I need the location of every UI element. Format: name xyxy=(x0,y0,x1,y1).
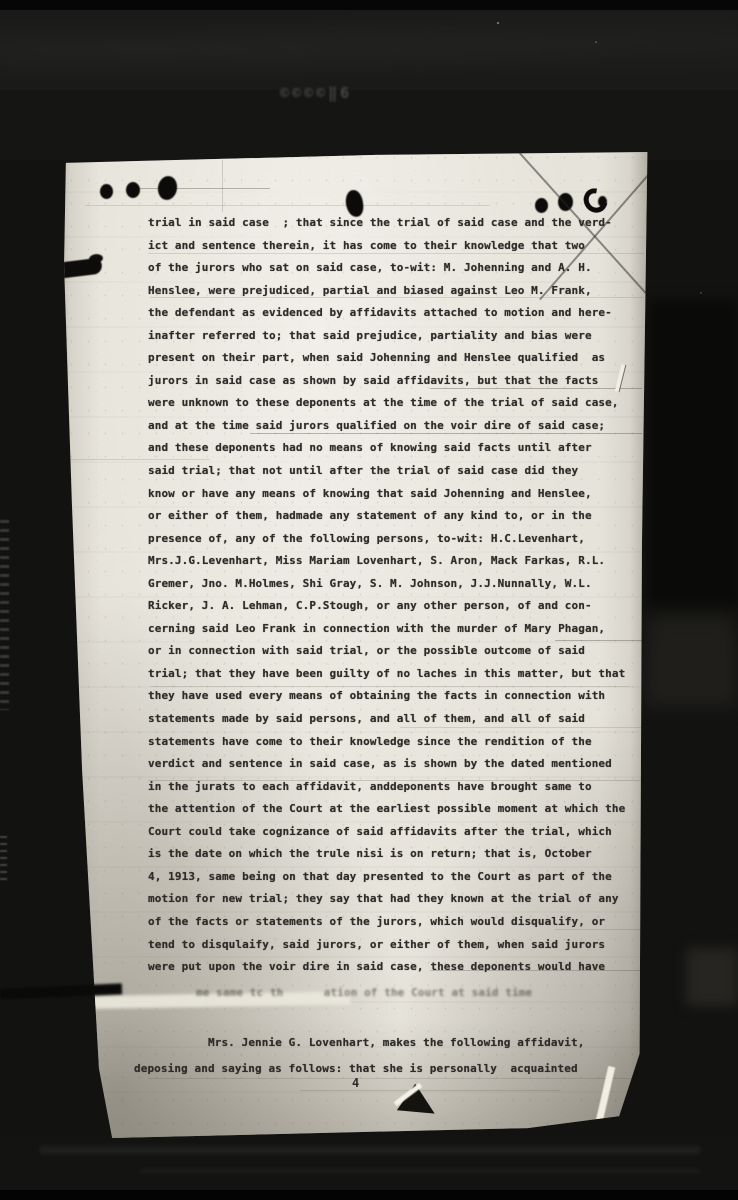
text-line: trial in said case ; that since the tria… xyxy=(148,212,648,235)
ghost-text-artifact xyxy=(40,1146,700,1154)
typewritten-body: trial in said case ; that since the tria… xyxy=(148,212,648,979)
text-line: and at the time said jurors qualified on… xyxy=(148,415,648,438)
background-band xyxy=(0,10,738,90)
text-line: the defendant as evidenced by affidavits… xyxy=(148,302,648,325)
ink-blot xyxy=(156,175,179,202)
text-line: or either of them, hadmade any statement… xyxy=(148,505,648,528)
ink-blot xyxy=(535,198,548,213)
text-line: present on their part, when said Johenni… xyxy=(148,347,648,370)
text-line: know or have any means of knowing that s… xyxy=(148,483,648,506)
scan-artifact-line xyxy=(85,205,490,206)
text-line: of the facts or statements of the jurors… xyxy=(148,911,648,934)
photo-border-bottom xyxy=(0,1190,738,1200)
background-blotch xyxy=(645,612,738,707)
text-line: Mrs.J.G.Levenhart, Miss Mariam Lovenhart… xyxy=(148,550,648,573)
text-line: motion for new trial; they say that had … xyxy=(148,888,648,911)
text-line: in the jurats to each affidavit, anddepo… xyxy=(148,776,648,799)
text-line: statements made by said persons, and all… xyxy=(148,708,648,731)
text-line: jurors in said case as shown by said aff… xyxy=(148,370,648,393)
text-line: 4, 1913, same being on that day presente… xyxy=(148,866,648,889)
text-line: trial; that they have been guilty of no … xyxy=(148,663,648,686)
margin-writing-artifact xyxy=(0,520,9,710)
smudged-text-line: me same tc th ation of the Court at said… xyxy=(196,986,532,999)
ink-blot xyxy=(126,182,140,198)
page-number: 4 xyxy=(352,1076,359,1090)
scan-artifact-line xyxy=(130,188,270,189)
closing-paragraph: Mrs. Jennie G. Lovenhart, makes the foll… xyxy=(148,1030,658,1082)
text-line: presence of, any of the following person… xyxy=(148,528,648,551)
photo-border-top xyxy=(0,0,738,10)
text-line: the attention of the Court at the earlie… xyxy=(148,798,648,821)
ink-smear-hook xyxy=(59,258,103,279)
text-line: cerning said Leo Frank in connection wit… xyxy=(148,618,648,641)
text-line: verdict and sentence in said case, as is… xyxy=(148,753,648,776)
background-band xyxy=(0,90,738,160)
text-line: they have used every means of obtaining … xyxy=(148,685,648,708)
text-line: inafter referred to; that said prejudice… xyxy=(148,325,648,348)
scanned-document-photo: ©©©©‖6 xyxy=(0,0,738,1200)
text-line: Ricker, J. A. Lehman, C.P.Stough, or any… xyxy=(148,595,648,618)
margin-writing-artifact xyxy=(0,836,7,882)
dust-speck xyxy=(497,22,499,24)
text-line: were put upon the voir dire in said case… xyxy=(148,956,648,979)
ink-blot xyxy=(100,184,113,199)
ghost-text-artifact xyxy=(140,1168,700,1174)
faint-number-stamp: ©©©©‖6 xyxy=(280,84,352,102)
text-line: said trial; that not until after the tri… xyxy=(148,460,648,483)
text-line: were unknown to these deponents at the t… xyxy=(148,392,648,415)
text-line: statements have come to their knowledge … xyxy=(148,731,648,754)
ink-blot xyxy=(598,196,607,207)
text-line: tend to disqulaify, said jurors, or eith… xyxy=(148,934,648,957)
text-line: Gremer, Jno. M.Holmes, Shi Gray, S. M. J… xyxy=(148,573,648,596)
text-line: of the jurors who sat on said case, to-w… xyxy=(148,257,648,280)
text-line: deposing and saying as follows: that she… xyxy=(134,1056,658,1082)
text-line: Court could take cognizance of said affi… xyxy=(148,821,648,844)
text-line: Henslee, were prejudiced, partial and bi… xyxy=(148,280,648,303)
text-line: Mrs. Jennie G. Lovenhart, makes the foll… xyxy=(208,1030,658,1056)
text-line: and these deponents had no means of know… xyxy=(148,437,648,460)
background-shadow xyxy=(648,300,738,640)
background-blotch xyxy=(686,948,738,1006)
text-line: is the date on which the trule nisi is o… xyxy=(148,843,648,866)
document-page: me same tc th ation of the Court at said… xyxy=(46,146,648,1138)
dust-speck xyxy=(700,292,702,294)
fold-line xyxy=(222,160,223,212)
dust-speck xyxy=(595,41,597,43)
text-line: or in connection with said trial, or the… xyxy=(148,640,648,663)
text-line: ict and sentence therein, it has come to… xyxy=(148,235,648,258)
